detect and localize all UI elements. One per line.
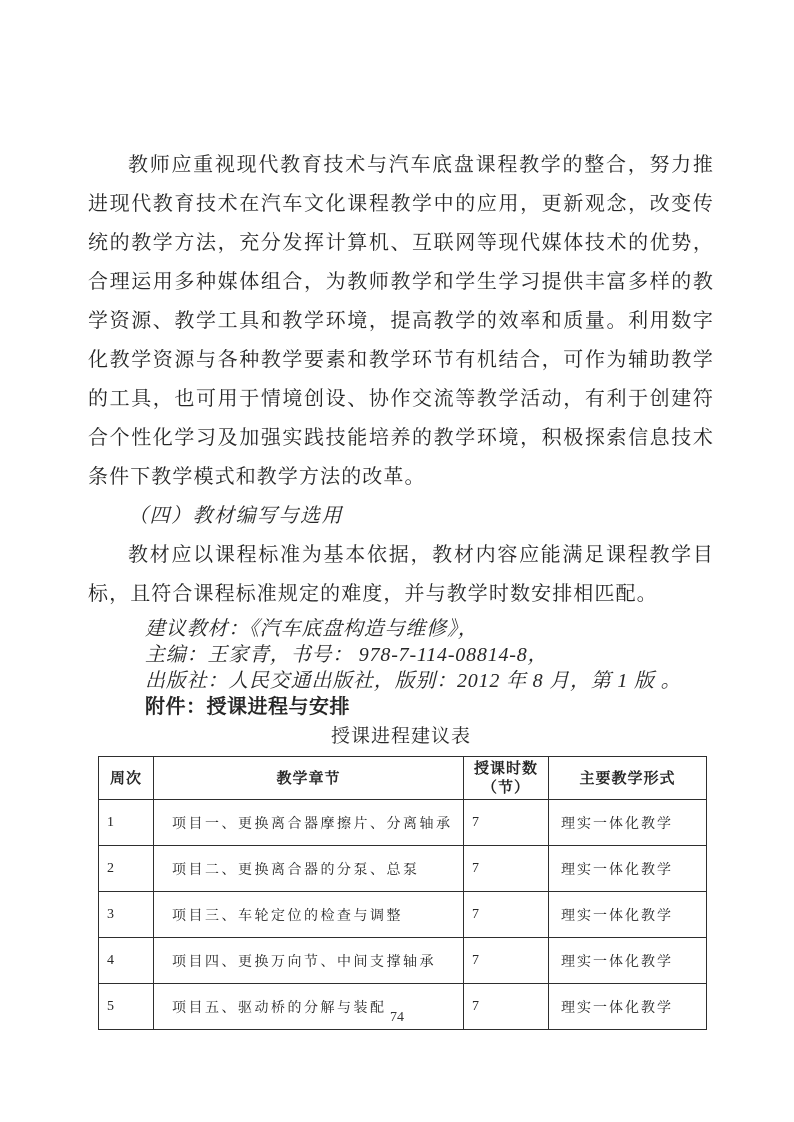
table-header-row: 周次 教学章节 授课时数 （节） 主要教学形式 [99,757,707,800]
header-hours: 授课时数 （节） [464,757,549,800]
table-row: 4 项目四、更换万向节、中间支撑轴承 7 理实一体化教学 [99,938,707,984]
cell-chapter: 项目三、车轮定位的检查与调整 [154,892,464,938]
cell-form: 理实一体化教学 [549,892,707,938]
attachment-heading: 附件：授课进程与安排 [88,694,714,720]
table-row: 2 项目二、更换离合器的分泵、总泵 7 理实一体化教学 [99,846,707,892]
cell-hours: 7 [464,938,549,984]
cell-chapter: 项目四、更换万向节、中间支撑轴承 [154,938,464,984]
cell-chapter: 项目二、更换离合器的分泵、总泵 [154,846,464,892]
page-content: 教师应重视现代教育技术与汽车底盘课程教学的整合，努力推进现代教育技术在汽车文化课… [0,0,794,1030]
document-page: { "doc": { "paragraph1": "教师应重视现代教育技术与汽车… [0,0,794,1122]
section-heading: （四）教材编写与选用 [88,497,714,536]
cell-week: 4 [99,938,154,984]
header-form: 主要教学形式 [549,757,707,800]
textbook-line-publisher: 出版社：人民交通出版社，版别：2012 年 8 月，第 1 版 。 [88,668,714,694]
page-number: 74 [0,1010,794,1026]
schedule-table: 周次 教学章节 授课时数 （节） 主要教学形式 1 项目一、更换离合器摩擦片、分… [98,756,707,1030]
cell-hours: 7 [464,846,549,892]
cell-form: 理实一体化教学 [549,846,707,892]
cell-week: 3 [99,892,154,938]
textbook-line-editor: 主编：王家青，书号： 978-7-114-08814-8， [88,642,714,668]
cell-week: 2 [99,846,154,892]
table-row: 3 项目三、车轮定位的检查与调整 7 理实一体化教学 [99,892,707,938]
table-title: 授课进程建议表 [88,724,714,750]
cell-form: 理实一体化教学 [549,800,707,846]
cell-hours: 7 [464,892,549,938]
header-week: 周次 [99,757,154,800]
cell-chapter: 项目一、更换离合器摩擦片、分离轴承 [154,800,464,846]
cell-hours: 7 [464,800,549,846]
textbook-info-block: 建议教材：《汽车底盘构造与维修》， 主编：王家青，书号： 978-7-114-0… [88,616,714,694]
cell-form: 理实一体化教学 [549,938,707,984]
textbook-line-title: 建议教材：《汽车底盘构造与维修》， [88,616,714,642]
body-paragraph-1: 教师应重视现代教育技术与汽车底盘课程教学的整合，努力推进现代教育技术在汽车文化课… [88,146,714,497]
cell-week: 1 [99,800,154,846]
table-row: 1 项目一、更换离合器摩擦片、分离轴承 7 理实一体化教学 [99,800,707,846]
body-paragraph-2: 教材应以课程标准为基本依据，教材内容应能满足课程教学目标，且符合课程标准规定的难… [88,536,714,614]
header-chapter: 教学章节 [154,757,464,800]
